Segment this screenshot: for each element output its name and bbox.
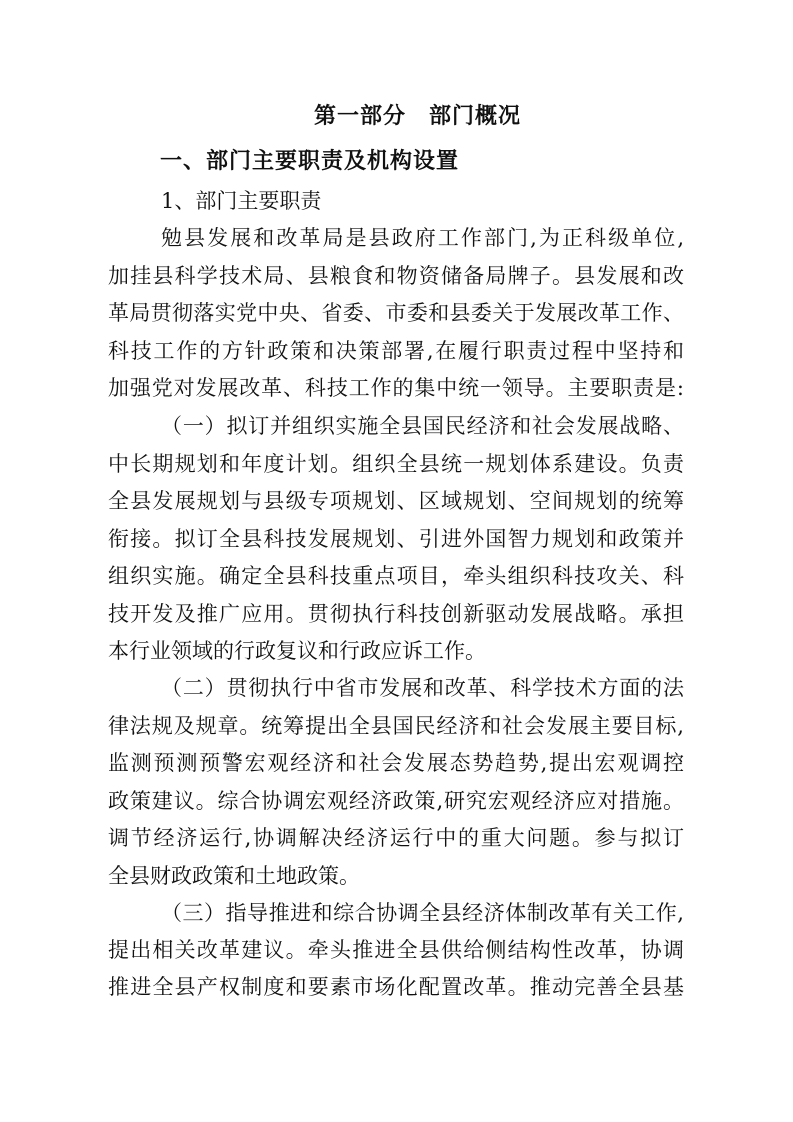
subsection-heading: 1、部门主要职责 [161, 186, 321, 216]
text-line: 推进全县产权制度和要素市场化配置改革。推动完善全县基 [108, 972, 684, 1002]
text-line: 科技工作的方针政策和决策部署,在履行职责过程中坚持和 [108, 336, 684, 366]
text-line: 调节经济运行,协调解决经济运行中的重大问题。参与拟订 [108, 823, 684, 853]
text-line: 全县财政政策和土地政策。 [108, 861, 684, 891]
text-line: 衔接。拟订全县科技发展规划、引进外国智力规划和政策并 [108, 524, 684, 554]
text-line: 组织实施。确定全县科技重点项目，牵头组织科技攻关、科 [108, 561, 684, 591]
text-line: 律法规及规章。统筹提出全县国民经济和社会发展主要目标, [108, 711, 684, 741]
text-line: 全县发展规划与县级专项规划、区域规划、空间规划的统筹 [108, 486, 684, 516]
text-line: 提出相关改革建议。牵头推进全县供给侧结构性改革，协调 [108, 935, 684, 965]
text-line: 监测预测预警宏观经济和社会发展态势趋势,提出宏观调控 [108, 748, 684, 778]
text-line: 本行业领域的行政复议和行政应诉工作。 [108, 636, 684, 666]
text-line: 勉县发展和改革局是县政府工作部门,为正科级单位, [161, 223, 684, 253]
text-line: 政策建议。综合协调宏观经济政策,研究宏观经济应对措施。 [108, 786, 684, 816]
text-line: 技开发及推广应用。贯彻执行科技创新驱动发展战略。承担 [108, 599, 684, 629]
page-title: 第一部分 部门概况 [0, 100, 793, 134]
text-line: 加挂县科学技术局、县粮食和物资储备局牌子。县发展和改 [108, 261, 684, 291]
document-page: 第一部分 部门概况 一、部门主要职责及机构设置 1、部门主要职责 勉县发展和改革… [0, 0, 793, 1122]
text-line: （一）拟订并组织实施全县国民经济和社会发展战略、 [161, 411, 684, 441]
text-line: 加强党对发展改革、科技工作的集中统一领导。主要职责是: [108, 373, 684, 403]
section-heading: 一、部门主要职责及机构设置 [160, 145, 459, 179]
text-line: 中长期规划和年度计划。组织全县统一规划体系建设。负责 [108, 449, 684, 479]
text-line: （三）指导推进和综合协调全县经济体制改革有关工作, [161, 898, 684, 928]
text-line: 革局贯彻落实党中央、省委、市委和县委关于发展改革工作、 [108, 298, 684, 328]
text-line: （二）贯彻执行中省市发展和改革、科学技术方面的法 [161, 673, 684, 703]
